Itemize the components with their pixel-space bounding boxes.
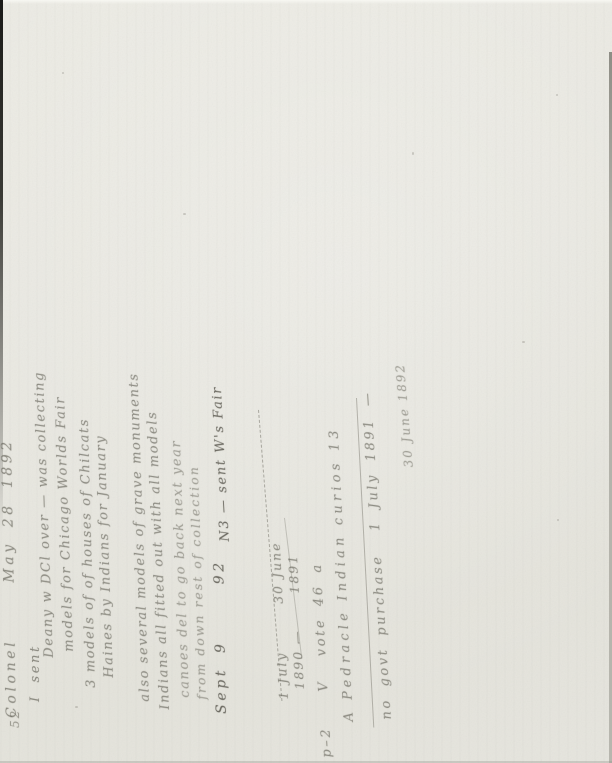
- handwritten-line: I sent: [28, 644, 43, 702]
- scanned-document-page: 52 Colonel May 28 1892 I sent Deany w DC…: [0, 0, 612, 763]
- handwritten-line: A Pedracle Indian curios 13: [327, 426, 357, 722]
- paper-speck: [62, 72, 64, 74]
- paper-speck: [556, 94, 558, 96]
- paper-speck: [75, 706, 78, 708]
- scan-edge-top: [0, 0, 612, 4]
- handwritten-line: 30 June 1892: [393, 362, 416, 468]
- handwritten-line: N3 — sent W's Fair: [210, 386, 233, 542]
- paper-speck: [557, 519, 559, 521]
- paper-speck: [412, 152, 414, 155]
- paper-speck: [522, 341, 525, 343]
- paper-speck: [183, 213, 186, 215]
- handwritten-line: Colonel May 28 1892: [0, 438, 20, 718]
- handwritten-line: p–2 V vote 46 a: [310, 562, 335, 758]
- handwritten-line: models for Chicago Worlds Fair: [53, 396, 77, 652]
- handwritten-line: Sept 9 92: [211, 559, 230, 714]
